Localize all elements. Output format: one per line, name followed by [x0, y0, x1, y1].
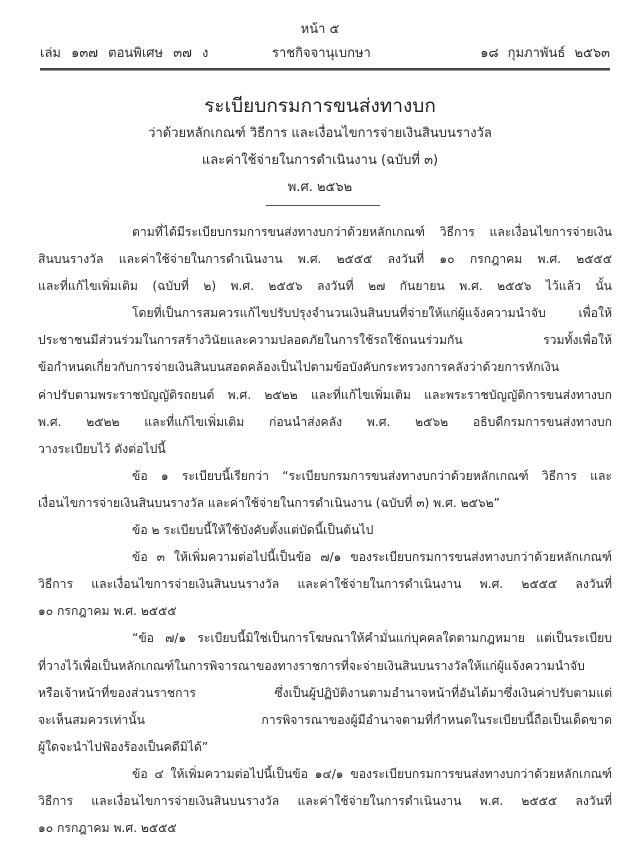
clause-7-1-line: จะเห็นสมควรเท่านั้น การพิจารณาของผู้มีอำ…: [38, 707, 612, 734]
title-divider: [266, 205, 380, 206]
body-line: ตามที่ได้มีระเบียบกรมการขนส่งทางบกว่าด้ว…: [38, 219, 612, 246]
clause-4-line: ๑๐ กรกฎาคม พ.ศ. ๒๕๕๕: [38, 815, 612, 842]
clause-3-line: ๑๐ กรกฎาคม พ.ศ. ๒๕๕๕: [38, 598, 612, 625]
clause-7-1-line: หรือเจ้าหน้าที่ของส่วนราชการ ซึ่งเป็นผู้…: [38, 680, 612, 707]
clause-7-1-line: ที่วางไว้เพื่อเป็นหลักเกณฑ์ในการพิจารณาข…: [38, 653, 612, 680]
page-number: หน้า ๕: [0, 18, 640, 39]
clause-3-line: วิธีการ และเงื่อนไขการจ่ายเงินสินบนรางวั…: [38, 571, 612, 598]
body-line: สินบนรางวัล และค่าใช้จ่ายในการดำเนินงาน …: [38, 246, 612, 273]
clause-3-line: ข้อ ๓ ให้เพิ่มความต่อไปนี้เป็นข้อ ๗/๑ ขอ…: [38, 544, 612, 571]
document-title: ระเบียบกรมการขนส่งทางบก: [0, 92, 640, 120]
volume-issue: เล่ม ๑๓๗ ตอนพิเศษ ๓๗ ง: [40, 42, 208, 63]
clause-2-line: ข้อ ๒ ระเบียบนี้ให้ใช้บังคับตั้งแต่บัดนี…: [38, 517, 612, 544]
clause-4-line: ข้อ ๔ ให้เพิ่มความต่อไปนี้เป็นข้อ ๑๔/๑ ข…: [38, 761, 612, 788]
document-year: พ.ศ. ๒๕๖๒: [0, 174, 640, 201]
document-subtitle-line-2: และค่าใช้จ่ายในการดำเนินงาน (ฉบับที่ ๓): [0, 147, 640, 174]
body-line: พ.ศ. ๒๕๒๒ และที่แก้ไขเพิ่มเติม ก่อนนำส่ง…: [38, 409, 612, 436]
clause-7-1-line: ผู้ใดจะนำไปฟ้องร้องเป็นคดีมิได้”: [38, 734, 612, 761]
clause-1-line: ข้อ ๑ ระเบียบนี้เรียกว่า “ระเบียบกรมการข…: [38, 463, 612, 490]
gazette-header: เล่ม ๑๓๗ ตอนพิเศษ ๓๗ ง ราชกิจจานุเบกษา ๑…: [40, 42, 610, 62]
document-body: ตามที่ได้มีระเบียบกรมการขนส่งทางบกว่าด้ว…: [38, 219, 612, 842]
body-line: โดยที่เป็นการสมควรแก้ไขปรับปรุงจำนวนเงิน…: [38, 300, 612, 327]
header-divider: [40, 68, 610, 71]
clause-4-line: วิธีการ และเงื่อนไขการจ่ายเงินสินบนรางวั…: [38, 788, 612, 815]
body-line: ข้อกำหนดเกี่ยวกับการจ่ายเงินสินบนสอดคล้อ…: [38, 354, 612, 381]
publication-date: ๑๘ กุมภาพันธ์ ๒๕๖๓: [480, 42, 610, 63]
body-line: วางระเบียบไว้ ดังต่อไปนี้: [38, 436, 612, 463]
gazette-page: หน้า ๕ เล่ม ๑๓๗ ตอนพิเศษ ๓๗ ง ราชกิจจานุ…: [0, 0, 640, 861]
document-subtitle-line-1: ว่าด้วยหลักเกณฑ์ วิธีการ และเงื่อนไขการจ…: [0, 120, 640, 147]
publication-name: ราชกิจจานุเบกษา: [272, 42, 371, 63]
body-line: ค่าปรับตามพระราชบัญญัติรถยนต์ พ.ศ. ๒๕๒๒ …: [38, 382, 612, 409]
body-line: และที่แก้ไขเพิ่มเติม (ฉบับที่ ๒) พ.ศ. ๒๕…: [38, 273, 612, 300]
clause-1-line: เงื่อนไขการจ่ายเงินสินบนรางวัล และค่าใช้…: [38, 490, 612, 517]
body-line: ประชาชนมีส่วนร่วมในการสร้างวินัยและความป…: [38, 327, 612, 354]
clause-7-1-line: “ข้อ ๗/๑ ระเบียบนี้มิใช่เป็นการโฆษณาให้ค…: [38, 625, 612, 652]
document-title-block: ระเบียบกรมการขนส่งทางบก ว่าด้วยหลักเกณฑ์…: [0, 92, 640, 201]
